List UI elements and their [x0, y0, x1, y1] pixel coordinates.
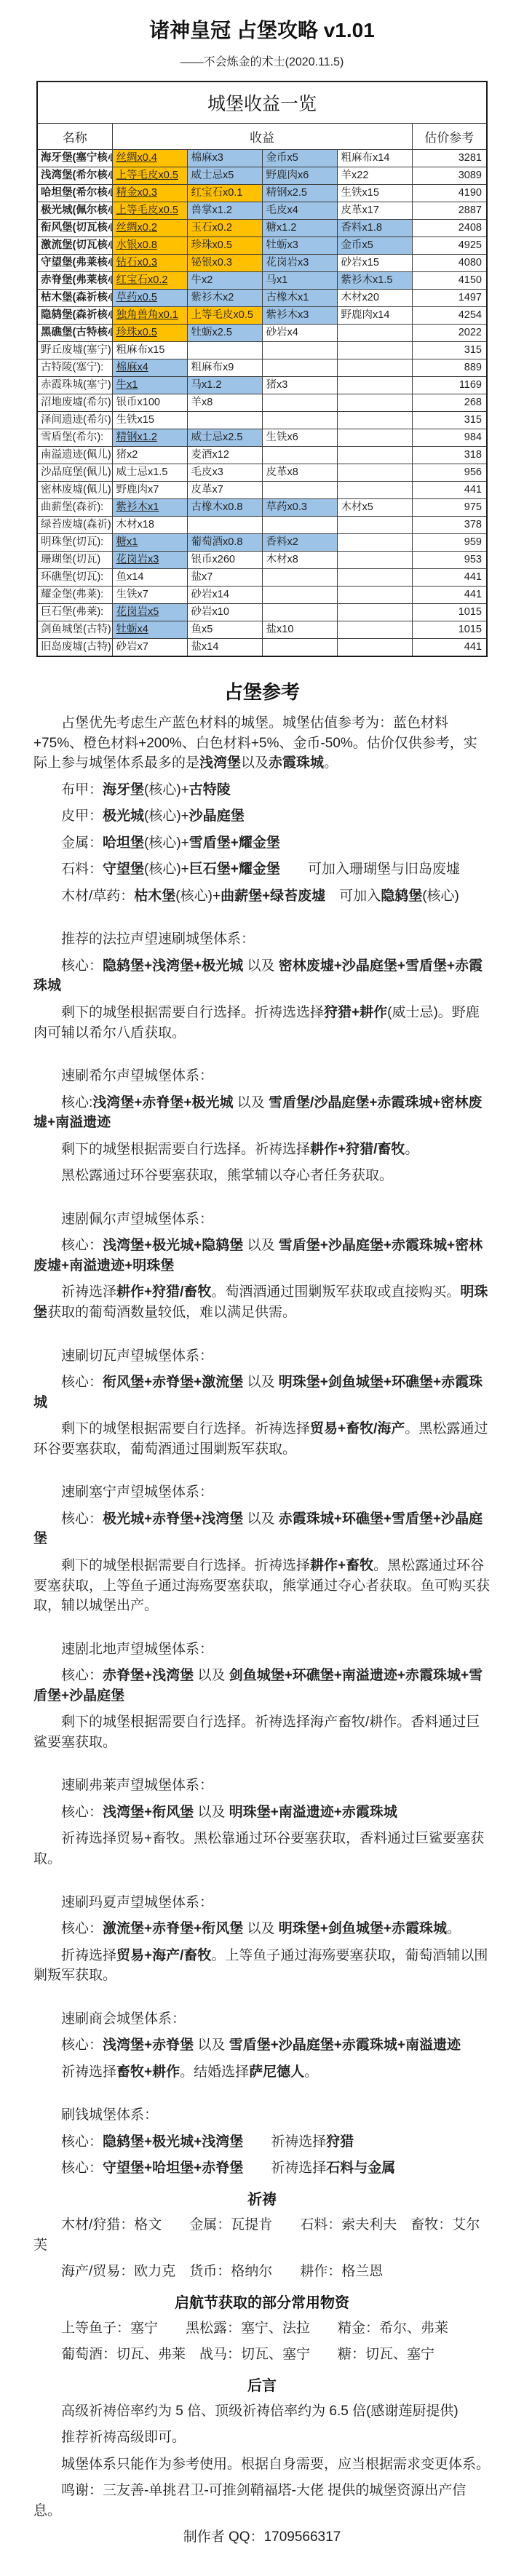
paragraph: 速刷切瓦声望城堡体系：: [33, 1346, 491, 1367]
castle-name-cell: 极光城(佩尔核心):: [37, 202, 112, 220]
paragraph: 黑松露通过环谷要塞获取，熊掌辅以夺心者任务获取。: [33, 1166, 491, 1186]
text: 推荐的法拉声望速刷城堡体系：: [61, 931, 255, 947]
section-title: 占堡参考: [33, 677, 491, 704]
estimate-cell: 2887: [412, 202, 487, 220]
estimate-cell: 1015: [412, 604, 487, 621]
revenue-cell: [337, 325, 412, 342]
revenue-cell: 木材x5: [337, 499, 412, 517]
estimate-cell: 4080: [412, 255, 487, 272]
table-row: 巨石堡(弗莱):花岗岩x5砂岩x101015: [37, 604, 487, 621]
bold-text: 萨尼德人: [249, 2064, 304, 2080]
bold-text: 隐鸫堡+浅湾堡+极光城: [103, 958, 243, 974]
estimate-cell: 984: [412, 429, 487, 447]
revenue-cell: 上等毛皮x0.5: [112, 167, 187, 185]
revenue-cell: 珍珠x0.5: [112, 325, 187, 342]
paragraph: 速剧佩尔声望城堡体系：: [33, 1209, 491, 1230]
revenue-cell: [337, 552, 412, 569]
estimate-cell: 315: [412, 342, 487, 359]
revenue-cell: 棉麻x4: [112, 359, 187, 377]
estimate-cell: 4190: [412, 185, 487, 202]
table-title-row: 城堡收益一览: [37, 82, 487, 124]
paragraph: 剩下的城堡根据需要自行选择。祈祷选择贸易+畜牧/海产。黑松露通过环谷要塞获取，葡…: [33, 1419, 491, 1459]
castle-name-cell: 雪盾堡(希尔):: [37, 429, 112, 447]
spacer: [33, 1049, 491, 1060]
revenue-cell: 铋银x0.3: [187, 255, 262, 272]
bold-text: 衔风堡+赤脊堡+激流堡: [103, 1375, 243, 1390]
revenue-cell: 棉麻x3: [187, 150, 262, 167]
revenue-cell: 木材x8: [262, 552, 337, 569]
estimate-cell: 3281: [412, 150, 487, 167]
table-row: 哈坦堡(希尔核心):精金x0.3红宝石x0.1精钢x2.5生铁x154190: [37, 185, 487, 202]
text: (核心)+: [144, 782, 189, 798]
revenue-cell: [262, 604, 337, 621]
paragraph: 占堡优先考虑生产蓝色材料的城堡。城堡估值参考为：蓝色材料+75%、橙色材料+20…: [33, 713, 491, 774]
revenue-cell: 珍珠x0.5: [187, 237, 262, 255]
paragraph: 核心：激流堡+赤脊堡+衔风堡 以及 明珠堡+剑鱼城堡+赤霞珠城。: [33, 1919, 491, 1939]
revenue-cell: 精钢x2.5: [262, 185, 337, 202]
castle-name-cell: 密林废墟(佩儿):: [37, 482, 112, 499]
revenue-cell: 生铁x6: [262, 429, 337, 447]
estimate-cell: 441: [412, 482, 487, 499]
revenue-cell: 木材x18: [112, 517, 187, 534]
text: 可加入: [325, 889, 381, 904]
revenue-cell: 丝绸x0.4: [112, 150, 187, 167]
text: 以及: [194, 1668, 229, 1683]
spacer: [33, 1759, 491, 1769]
text: 以及: [243, 1238, 279, 1253]
estimate-cell: 4925: [412, 237, 487, 255]
castle-name-cell: 绿苔废墟(森祈):: [37, 517, 112, 534]
bold-text: 枯木堡: [134, 889, 175, 904]
revenue-cell: 威士忌x5: [187, 167, 262, 185]
revenue-cell: 牛x2: [187, 272, 262, 290]
text: 以及: [243, 1375, 279, 1390]
text: 剩下的城堡根据需要自行选择。祈祷选择: [61, 1142, 310, 1157]
bold-text: 贸易+海产/畜牧: [116, 1948, 211, 1963]
revenue-cell: 丝绸x0.2: [112, 220, 187, 237]
text: 。: [304, 2064, 318, 2080]
paragraph: 刷钱城堡体系：: [33, 2105, 491, 2126]
estimate-cell: 268: [412, 394, 487, 412]
bold-text: 巨石堡+耀金堡: [189, 862, 280, 877]
text: 剩下的城堡根据需要自行选择。祈祷选择: [61, 1421, 310, 1436]
table-header-row: 名称 收益 估价参考: [37, 124, 487, 150]
castle-name-cell: 环礁堡(切瓦):: [37, 569, 112, 587]
bold-text: 贸易+畜牧/海产: [310, 1421, 405, 1436]
text: 折祷选择: [61, 1948, 116, 1963]
revenue-cell: 红宝石x0.2: [112, 272, 187, 290]
text: 以及: [241, 755, 269, 771]
paragraph: 剩下的城堡根据需要自行选择。祈祷选择耕作+狩猎/畜牧。: [33, 1140, 491, 1160]
revenue-cell: 古橡木x1: [262, 290, 337, 307]
revenue-cell: [337, 377, 412, 394]
revenue-cell: [337, 639, 412, 657]
revenue-cell: 野鹿肉x6: [262, 167, 337, 185]
revenue-cell: 上等毛皮x0.5: [187, 307, 262, 325]
revenue-cell: 毛皮x4: [262, 202, 337, 220]
revenue-cell: 马x1.2: [187, 377, 262, 394]
revenue-cell: 鱼x14: [112, 569, 187, 587]
revenue-cell: [262, 447, 337, 464]
revenue-cell: 牡蛎x4: [112, 621, 187, 639]
revenue-cell: 糖x1: [112, 534, 187, 552]
text: (核心)+: [175, 889, 221, 904]
text: 剩下的城堡根据需要自行选择。祈祷选择海产畜牧/耕作。香料通过巨鲨要塞获取。: [33, 1714, 480, 1750]
revenue-cell: 独角兽角x0.1: [112, 307, 187, 325]
bold-text: 浅湾堡+赤脊堡: [103, 2038, 194, 2053]
text: 以及: [233, 1095, 269, 1110]
revenue-cell: 紫衫木x1: [112, 499, 187, 517]
paragraph: 核心：极光城+赤脊堡+浅湾堡 以及 赤霞珠城+环礁堡+雪盾堡+沙晶庭堡: [33, 1509, 491, 1549]
revenue-cell: [337, 534, 412, 552]
document: 诸神皇冠 占堡攻略 v1.01 ——不会炼金的术士(2020.11.5) 城堡收…: [0, 0, 524, 2576]
paragraph: 高级祈祷倍率约为 5 倍、顶级祈祷倍率约为 6.5 倍(感谢莲厨提供): [33, 2401, 491, 2422]
bold-text: 明珠堡+剑鱼城堡+赤霞珠城: [279, 1921, 447, 1936]
castle-name-cell: 哈坦堡(希尔核心):: [37, 185, 112, 202]
revenue-cell: 生铁x7: [112, 587, 187, 604]
revenue-cell: [262, 412, 337, 429]
estimate-cell: 315: [412, 412, 487, 429]
page-title: 诸神皇冠 占堡攻略 v1.01: [0, 0, 524, 44]
paragraph: 核心：隐鸫堡+浅湾堡+极光城 以及 密林废墟+沙晶庭堡+雪盾堡+赤霞珠城: [33, 956, 491, 996]
paragraph: 石料：守望堡(核心)+巨石堡+耀金堡 可加入珊瑚堡与旧岛废墟: [33, 859, 491, 880]
revenue-cell: [337, 604, 412, 621]
castle-name-cell: 珊瑚堡(切瓦): [37, 552, 112, 569]
estimate-cell: 3089: [412, 167, 487, 185]
table-row: 隐鸫堡(森祈核心):独角兽角x0.1上等毛皮x0.5紫衫木x3野鹿肉x14425…: [37, 307, 487, 325]
paragraph: 折祷选择贸易+海产/畜牧。上等鱼子通过海殇要塞获取，葡萄酒辅以围剿叛军获取。: [33, 1946, 491, 1986]
estimate-cell: 1169: [412, 377, 487, 394]
revenue-cell: [262, 639, 337, 657]
revenue-cell: 盐x14: [187, 639, 262, 657]
bold-text: 赤脊堡+浅湾堡: [103, 1668, 194, 1683]
spacer: [33, 1876, 491, 1886]
revenue-cell: 木材x20: [337, 290, 412, 307]
castle-table-body: 海牙堡(塞宁核心):丝绸x0.4棉麻x3金币x5粗麻布x143281浅湾堡(希尔…: [37, 150, 487, 657]
bold-text: 畜牧+耕作: [116, 2064, 180, 2080]
spacer: [33, 1466, 491, 1476]
estimate-cell: 441: [412, 569, 487, 587]
text: 速刷希尔声望城堡体系：: [61, 1068, 213, 1084]
castle-name-cell: 黑礁堡(古特核心):: [37, 325, 112, 342]
castle-name-cell: 赤霞珠城(塞宁):: [37, 377, 112, 394]
revenue-cell: 精钢x1.2: [112, 429, 187, 447]
castle-name-cell: 隐鸫堡(森祈核心):: [37, 307, 112, 325]
bold-text: 浅湾堡+赤脊堡+极光城: [92, 1095, 233, 1110]
text: 木材/狩猎：格文 金属：瓦提肯 石料：索夫利夫 畜牧：艾尔芙: [33, 2217, 480, 2253]
revenue-cell: 古橡木x0.8: [187, 499, 262, 517]
text: 祈祷选择: [243, 2134, 326, 2150]
paragraph: 城堡体系只能作为参考使用。根据自身需要，应当根据需求变更体系。: [33, 2454, 491, 2475]
revenue-cell: 牡蛎x3: [262, 237, 337, 255]
text: 速剧佩尔声望城堡体系：: [61, 1212, 213, 1227]
estimate-cell: 956: [412, 464, 487, 482]
text: 以及: [194, 2038, 229, 2053]
text: 祈祷选择: [61, 2064, 116, 2080]
text: 核心：: [61, 958, 103, 974]
bold-text: 守望堡+哈坦堡+赤脊堡: [103, 2160, 243, 2176]
paragraph: 核心：隐鸫堡+极光城+浅湾堡 祈祷选择狩猎: [33, 2132, 491, 2152]
paragraph: 制作者 QQ：1709566317: [33, 2527, 491, 2548]
text: 祈祷选择: [243, 2160, 326, 2176]
paragraph: 上等鱼子：塞宁 黑松露：塞宁、法拉 精金：希尔、弗莱: [33, 2318, 491, 2339]
spacer: [33, 913, 491, 923]
revenue-cell: 水银x0.8: [112, 237, 187, 255]
text: 核心：: [61, 1511, 103, 1527]
revenue-cell: [337, 464, 412, 482]
revenue-cell: [187, 342, 262, 359]
bold-text: 明珠堡+南溢遗迹+赤霞珠城: [229, 1805, 397, 1820]
table-row: 极光城(佩尔核心):上等毛皮x0.5兽掌x1.2毛皮x4皮革x172887: [37, 202, 487, 220]
text: 速剧北地声望城堡体系：: [61, 1642, 213, 1657]
paragraph: 核心：浅湾堡+赤脊堡 以及 雪盾堡+沙晶庭堡+赤霞珠城+南溢遗迹: [33, 2035, 491, 2056]
table-row: 衔风堡(切瓦核心):丝绸x0.2玉石x0.2糖x1.2香料x1.82408: [37, 220, 487, 237]
bold-text: 浅湾堡: [199, 755, 241, 771]
revenue-cell: [187, 517, 262, 534]
paragraph: 速刷玛夏声望城堡体系：: [33, 1893, 491, 1913]
revenue-cell: 紫衫木x2: [187, 290, 262, 307]
text: 以及: [243, 958, 279, 974]
estimate-cell: 2408: [412, 220, 487, 237]
estimate-cell: 889: [412, 359, 487, 377]
text: 核心：: [61, 1375, 103, 1390]
text: 核心：: [61, 1668, 103, 1683]
bold-text: 浅湾堡+衔风堡: [103, 1805, 194, 1820]
revenue-cell: 盐x10: [262, 621, 337, 639]
castle-name-cell: 沼地废墟(希尔):: [37, 394, 112, 412]
paragraph: 核心：守望堡+哈坦堡+赤脊堡 祈祷选择石料与金属: [33, 2158, 491, 2179]
bold-text: 耕作+畜牧: [310, 1558, 373, 1573]
table-row: 沼地废墟(希尔):银币x100羊x8268: [37, 394, 487, 412]
text: (核心): [422, 889, 459, 904]
body-sections: 占堡参考占堡优先考虑生产蓝色材料的城堡。城堡估值参考为：蓝色材料+75%、橙色材…: [0, 657, 524, 2576]
bold-text: 隐鸫堡+极光城+浅湾堡: [103, 2134, 243, 2150]
table-row: 守望堡(弗莱核心):钻石x0.3铋银x0.3花岗岩x3砂岩x154080: [37, 255, 487, 272]
text: 速刷玛夏声望城堡体系：: [61, 1895, 213, 1910]
paragraph: 核心：赤脊堡+浅湾堡 以及 剑鱼城堡+环礁堡+南溢遗迹+赤霞珠城+雪盾堡+沙晶庭…: [33, 1666, 491, 1706]
revenue-cell: [337, 621, 412, 639]
estimate-cell: 4150: [412, 272, 487, 290]
castle-name-cell: 衔风堡(切瓦核心):: [37, 220, 112, 237]
revenue-cell: 皮革x17: [337, 202, 412, 220]
estimate-cell: 4254: [412, 307, 487, 325]
estimate-cell: 975: [412, 499, 487, 517]
text: 制作者 QQ：1709566317: [183, 2529, 341, 2545]
table-row: 黑礁堡(古特核心):珍珠x0.5牡蛎x2.5砂岩x42022: [37, 325, 487, 342]
bold-text: 海牙堡: [103, 782, 144, 798]
text: 剩下的城堡根据需要自行选择。折祷选择: [61, 1558, 310, 1573]
bold-text: 浅湾堡+极光城+隐鸫堡: [103, 1238, 243, 1253]
revenue-cell: 生铁x15: [112, 412, 187, 429]
revenue-cell: [262, 342, 337, 359]
revenue-cell: 猪x3: [262, 377, 337, 394]
table-title: 城堡收益一览: [37, 82, 487, 124]
text: 核心：: [61, 1238, 103, 1253]
castle-name-cell: 曲薪堡(森祈):: [37, 499, 112, 517]
revenue-cell: 草药x0.5: [112, 290, 187, 307]
revenue-cell: 牡蛎x2.5: [187, 325, 262, 342]
revenue-cell: 紫衫木x3: [262, 307, 337, 325]
revenue-cell: 香料x1.8: [337, 220, 412, 237]
castle-name-cell: 野丘废墟(塞宁):: [37, 342, 112, 359]
revenue-cell: 羊x22: [337, 167, 412, 185]
revenue-cell: 紫衫木x1.5: [337, 272, 412, 290]
revenue-cell: [337, 587, 412, 604]
table-row: 曲薪堡(森祈):紫衫木x1古橡木x0.8草药x0.3木材x5975: [37, 499, 487, 517]
revenue-cell: 羊x8: [187, 394, 262, 412]
revenue-cell: 威士忌x2.5: [187, 429, 262, 447]
revenue-cell: [337, 482, 412, 499]
revenue-cell: 牛x1: [112, 377, 187, 394]
bold-text: 耕作+狩猎/畜牧: [116, 1284, 211, 1300]
text: 鸣谢：三友善-单挑君卫-可推剑鞘福塔-大佬 提供的城堡资源出产信息。: [33, 2483, 466, 2519]
revenue-cell: 野鹿肉x7: [112, 482, 187, 499]
revenue-cell: 红宝石x0.1: [187, 185, 262, 202]
revenue-cell: 野鹿肉x14: [337, 307, 412, 325]
revenue-cell: 砂岩x14: [187, 587, 262, 604]
paragraph: 木材/草药：枯木堡(核心)+曲薪堡+绿苔废墟 可加入隐鸫堡(核心): [33, 886, 491, 907]
revenue-cell: 威士忌x1.5: [112, 464, 187, 482]
sub-section-title: 启航节获取的部分常用物资: [33, 2291, 491, 2312]
table-row: 耀金堡(弗莱):生铁x7砂岩x14441: [37, 587, 487, 604]
revenue-cell: 麦酒x12: [187, 447, 262, 464]
revenue-cell: 糖x1.2: [262, 220, 337, 237]
paragraph: 木材/狩猎：格文 金属：瓦提肯 石料：索夫利夫 畜牧：艾尔芙: [33, 2215, 491, 2255]
text: 核心：: [61, 2038, 103, 2053]
table-row: 绿苔废墟(森祈):木材x18378: [37, 517, 487, 534]
text: 速刷弗莱声望城堡体系：: [61, 1778, 213, 1793]
spacer: [33, 1193, 491, 1203]
text: 核心：: [61, 2134, 103, 2150]
paragraph: 速刷希尔声望城堡体系：: [33, 1066, 491, 1086]
table-row: 旧岛废墟(古特):砂岩x7盐x14441: [37, 639, 487, 657]
text: 核心:: [61, 1095, 92, 1110]
revenue-cell: 香料x2: [262, 534, 337, 552]
revenue-cell: [262, 359, 337, 377]
revenue-cell: 精金x0.3: [112, 185, 187, 202]
table-row: 赤脊堡(弗莱核心):红宝石x0.2牛x2马x1紫衫木x1.54150: [37, 272, 487, 290]
text: 祈祷选择贸易+畜牧。黑松靠通过环谷要塞获取，香料通过巨鲨要塞获取。: [33, 1831, 484, 1867]
estimate-cell: 959: [412, 534, 487, 552]
text: 石料：: [61, 862, 103, 877]
paragraph: 祈祷选择贸易+畜牧。黑松靠通过环谷要塞获取，香料通过巨鲨要塞获取。: [33, 1829, 491, 1869]
text: 核心：: [61, 1921, 103, 1936]
estimate-cell: 1497: [412, 290, 487, 307]
castle-name-cell: 守望堡(弗莱核心):: [37, 255, 112, 272]
table-row: 枯木堡(森祈核心):草药x0.5紫衫木x2古橡木x1木材x201497: [37, 290, 487, 307]
bold-text: 哈坦堡: [103, 835, 144, 851]
revenue-cell: [262, 587, 337, 604]
table-row: 明珠堡(切瓦):糖x1葡萄酒x0.8香料x2959: [37, 534, 487, 552]
text: 皮甲：: [61, 808, 103, 824]
estimate-cell: 1015: [412, 621, 487, 639]
text: 。结婚选择: [180, 2064, 249, 2080]
table-row: 雪盾堡(希尔):精钢x1.2威士忌x2.5生铁x6984: [37, 429, 487, 447]
bold-text: 守望堡: [103, 862, 144, 877]
table-row: 浅湾堡(希尔核心):上等毛皮x0.5威士忌x5野鹿肉x6羊x223089: [37, 167, 487, 185]
estimate-cell: 2022: [412, 325, 487, 342]
revenue-cell: [337, 569, 412, 587]
revenue-cell: 银币x100: [112, 394, 187, 412]
text: 剩下的城堡根据需要自行选择。折祷选选择: [61, 1005, 324, 1020]
castle-name-cell: 枯木堡(森祈核心):: [37, 290, 112, 307]
estimate-cell: 378: [412, 517, 487, 534]
paragraph: 布甲：海牙堡(核心)+古特陵: [33, 780, 491, 800]
revenue-cell: [337, 412, 412, 429]
revenue-cell: 钻石x0.3: [112, 255, 187, 272]
castle-name-cell: 巨石堡(弗莱):: [37, 604, 112, 621]
revenue-cell: 金币x5: [262, 150, 337, 167]
text: 。: [447, 1921, 461, 1936]
castle-name-cell: 沙晶庭堡(佩儿):: [37, 464, 112, 482]
paragraph: 核心：浅湾堡+衔风堡 以及 明珠堡+南溢遗迹+赤霞珠城: [33, 1802, 491, 1823]
revenue-cell: 毛皮x3: [187, 464, 262, 482]
revenue-cell: 生铁x15: [337, 185, 412, 202]
revenue-cell: [262, 482, 337, 499]
bold-text: 狩猎: [326, 2134, 354, 2150]
paragraph: 皮甲：极光城(核心)+沙晶庭堡: [33, 806, 491, 827]
paragraph: 速刷弗莱声望城堡体系：: [33, 1776, 491, 1796]
text: (核心)+: [144, 808, 189, 824]
table-row: 环礁堡(切瓦):鱼x14盐x7441: [37, 569, 487, 587]
castle-name-cell: 激流堡(切瓦核心):: [37, 237, 112, 255]
text: 速刷商会城堡体系：: [61, 2011, 186, 2027]
table-row: 泽间遗迹(希尔):生铁x15315: [37, 412, 487, 429]
revenue-cell: 马x1: [262, 272, 337, 290]
paragraph: 剩下的城堡根据需要自行选择。折祷选择耕作+畜牧。黑松露通过环谷要塞获取，上等鱼子…: [33, 1556, 491, 1616]
spacer: [33, 1623, 491, 1633]
table-row: 沙晶庭堡(佩儿):威士忌x1.5毛皮x3皮革x8956: [37, 464, 487, 482]
revenue-cell: 粗麻布x9: [187, 359, 262, 377]
table-row: 野丘废墟(塞宁):粗麻布x15315: [37, 342, 487, 359]
table-row: 剑鱼城堡(古特):牡蛎x4鱼x5盐x101015: [37, 621, 487, 639]
text: 速刷塞宁声望城堡体系：: [61, 1484, 213, 1500]
revenue-cell: 鱼x5: [187, 621, 262, 639]
revenue-cell: [337, 447, 412, 464]
revenue-cell: 砂岩x10: [187, 604, 262, 621]
table-row: 赤霞珠城(塞宁):牛x1马x1.2猪x31169: [37, 377, 487, 394]
text: 高级祈祷倍率约为 5 倍、顶级祈祷倍率约为 6.5 倍(感谢莲厨提供): [61, 2404, 458, 2419]
castle-name-cell: 浅湾堡(希尔核心):: [37, 167, 112, 185]
text: (核心)+: [144, 862, 189, 877]
revenue-cell: 皮革x7: [187, 482, 262, 499]
bold-text: 沙晶庭堡: [189, 808, 245, 824]
bold-text: 耕作+狩猎/畜牧: [310, 1142, 405, 1157]
bold-text: 曲薪堡+绿苔废墟: [221, 889, 325, 904]
revenue-cell: [337, 429, 412, 447]
estimate-cell: 441: [412, 639, 487, 657]
text: 速刷切瓦声望城堡体系：: [61, 1348, 213, 1364]
estimate-cell: 318: [412, 447, 487, 464]
paragraph: 鸣谢：三友善-单挑君卫-可推剑鞘福塔-大佬 提供的城堡资源出产信息。: [33, 2481, 491, 2521]
sub-section-title: 后言: [33, 2374, 491, 2395]
text: 海产/贸易：欧力克 货币：格纳尔 耕作：格兰恩: [61, 2264, 383, 2279]
castle-name-cell: 赤脊堡(弗莱核心):: [37, 272, 112, 290]
revenue-cell: 粗麻布x14: [337, 150, 412, 167]
revenue-cell: [337, 517, 412, 534]
text: 。: [405, 1142, 418, 1157]
revenue-cell: [262, 569, 337, 587]
revenue-cell: [337, 394, 412, 412]
text: 布甲：: [61, 782, 103, 798]
spacer: [33, 2088, 491, 2099]
table-row: 南溢遗迹(佩儿):猪x2麦酒x12318: [37, 447, 487, 464]
revenue-cell: 粗麻布x15: [112, 342, 187, 359]
revenue-cell: 皮革x8: [262, 464, 337, 482]
col-header-revenue: 收益: [112, 124, 412, 150]
bold-text: 石料与金属: [326, 2160, 395, 2176]
revenue-cell: 草药x0.3: [262, 499, 337, 517]
